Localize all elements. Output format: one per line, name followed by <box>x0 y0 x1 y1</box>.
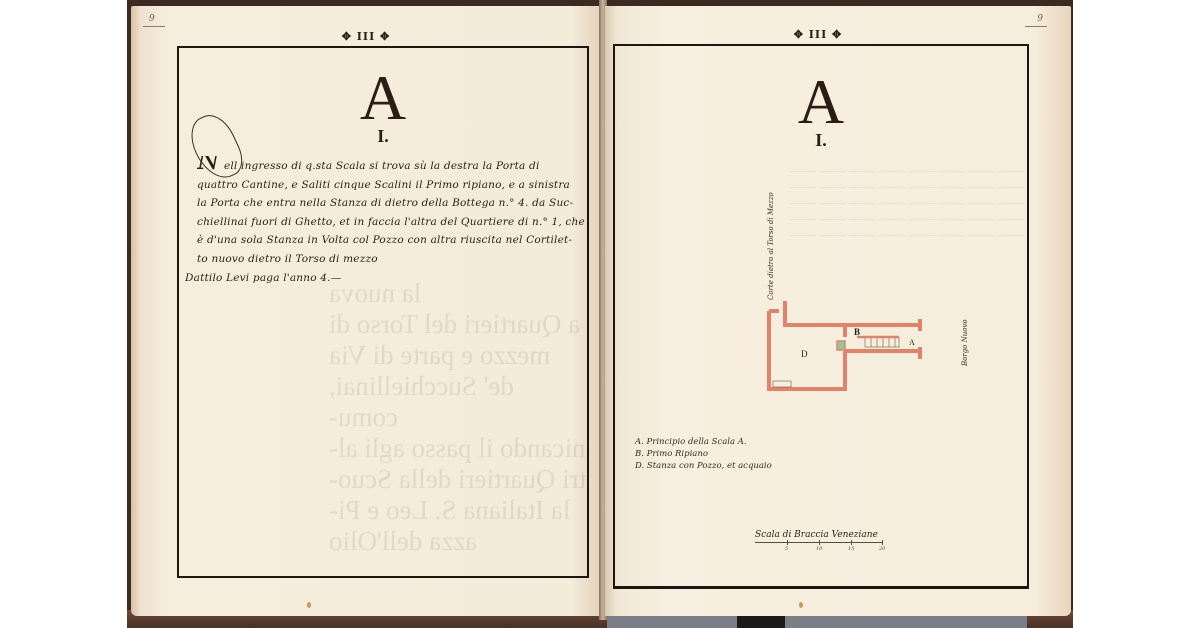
bleed-line: de' Succhiellinai, comu- <box>329 371 589 433</box>
right-page: 9 ✥ III ✥ ——— ——— ——— ——— ——— ——— ——— ——… <box>605 6 1071 616</box>
folio-number: 9 <box>149 14 155 24</box>
manuscript-line: to nuovo dietro il Torso di mezzo <box>197 250 585 269</box>
folio-number: 9 <box>1037 14 1043 24</box>
bleed-line: mezzo e parte di Via <box>329 340 589 371</box>
plan-legend: A. Principio della Scala A. B. Primo Rip… <box>635 436 772 472</box>
legend-item: A. Principio della Scala A. <box>635 436 772 448</box>
bleed-through-text: ——— ——— ——— ——— ——— ——— ——— ——— ——— ——— … <box>625 164 1025 244</box>
manuscript-line: quattro Cantine, e Saliti cinque Scalini… <box>197 176 585 195</box>
line-text: ell ingresso di q.sta Scala si trova sù … <box>224 160 540 172</box>
legend-item: D. Stanza con Pozzo, et acquaio <box>635 460 772 472</box>
left-page: 9 ✥ III ✥ la nuova a Quartieri del Torso… <box>131 6 601 616</box>
manuscript-line: chiellinai fuori di Ghetto, et in faccia… <box>197 213 585 232</box>
room-label-b: B <box>854 327 860 337</box>
scale-title: Scala di Braccia Veneziane <box>755 530 905 540</box>
scale-tick-label: 20 <box>879 546 885 552</box>
room-label-a: A <box>909 338 915 347</box>
section-heading-mark: ✥ III ✥ <box>131 30 601 43</box>
initial-capital: N <box>197 156 220 176</box>
scale-tick <box>851 540 852 545</box>
manuscript-line: la Porta che entra nella Stanza di dietr… <box>197 194 585 213</box>
book-scan: 9 ✥ III ✥ la nuova a Quartieri del Torso… <box>127 0 1073 628</box>
plan-frame: ——— ——— ——— ——— ——— ——— ——— ——— ——— ——— … <box>613 44 1029 589</box>
scale-tick-label: 5 <box>785 546 788 552</box>
scanner-stand <box>607 614 1027 628</box>
manuscript-entry: Nell ingresso di q.sta Scala si trova sù… <box>197 156 585 287</box>
rent-payer-line: Dattilo Levi paga l'anno 4.— <box>185 269 585 288</box>
entry-numeral: I. <box>615 130 1027 151</box>
bleed-line: azza dell'Olio <box>329 526 589 557</box>
scanner-clamp <box>737 614 785 628</box>
entry-numeral: I. <box>179 126 587 147</box>
text-frame: la nuova a Quartieri del Torso di mezzo … <box>177 46 589 578</box>
bleed-line: nicando il passo agli al- <box>329 433 589 464</box>
section-letter: A <box>179 66 587 130</box>
section-letter: A <box>615 70 1027 134</box>
bleed-line: la Italiana S. Leo e Pi- <box>329 495 589 526</box>
bleed-through-text: la nuova a Quartieri del Torso di mezzo … <box>329 278 589 557</box>
legend-item: B. Primo Ripiano <box>635 448 772 460</box>
scale-tick-label: 15 <box>848 546 854 552</box>
bleed-line: a Quartieri del Torso di <box>329 309 589 340</box>
manuscript-line: Nell ingresso di q.sta Scala si trova sù… <box>197 156 585 176</box>
paper-stain <box>307 602 311 608</box>
scale-tick <box>787 540 788 545</box>
street-label-right: Borgo Nuovo <box>961 319 969 366</box>
bleed-line: tri Quartieri della Scuo- <box>329 464 589 495</box>
section-heading-mark: ✥ III ✥ <box>585 28 1051 41</box>
paper-stain <box>799 602 803 608</box>
folio-bracket <box>1025 12 1047 27</box>
scale-ruler: 5 10 15 20 <box>755 542 883 551</box>
scale-tick <box>882 540 883 545</box>
scale-tick <box>819 540 820 545</box>
street-label-top: Corte dietro al Torso di Mezzo <box>767 192 775 300</box>
scale-bar: Scala di Braccia Veneziane 5 10 15 20 <box>755 530 905 551</box>
room-label-d: D <box>801 349 808 359</box>
scale-tick-label: 10 <box>816 546 822 552</box>
floor-plan: D B A <box>765 301 955 401</box>
manuscript-line: è d'una sola Stanza in Volta col Pozzo c… <box>197 231 585 250</box>
